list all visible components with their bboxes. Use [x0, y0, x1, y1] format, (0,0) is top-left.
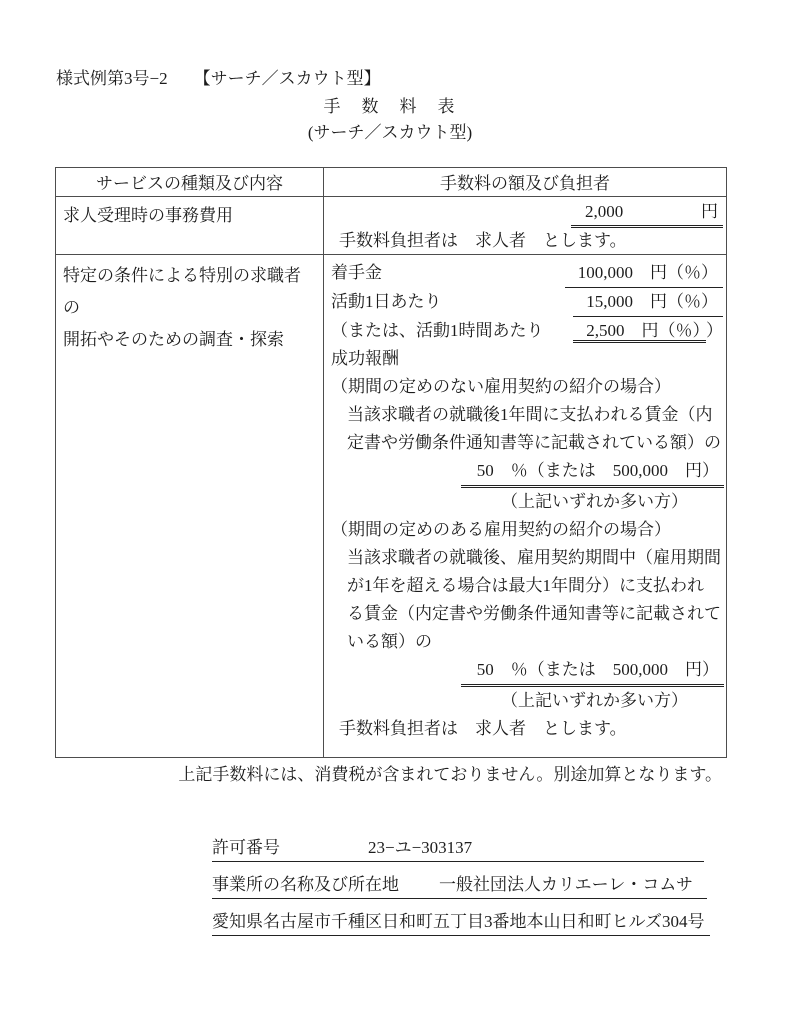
- fee-line-per-hour: （または、活動1時間あたり 2,500 円（％））: [324, 317, 726, 345]
- office-name-label: 事業所の名称及び所在地: [212, 875, 399, 894]
- service-name: 求人受理時の事務費用: [63, 201, 317, 226]
- case1-heading: （期間の定めのない雇用契約の紹介の場合）: [324, 373, 726, 401]
- case2-heading: （期間の定めのある雇用契約の紹介の場合）: [324, 516, 726, 544]
- fee-amount-group: 2,500 円（％））: [573, 317, 723, 345]
- case2-either-note: （上記いずれか多い方）: [324, 687, 726, 715]
- fee-amount: 100,000 円（％）: [565, 259, 723, 288]
- office-address-value: 愛知県名古屋市千種区日和町五丁目3番地本山日和町ヒルズ304号: [212, 912, 705, 931]
- fee-label: 活動1日あたり: [331, 288, 442, 316]
- office-address-row: 愛知県名古屋市千種区日和町五丁目3番地本山日和町ヒルズ304号: [212, 907, 710, 944]
- office-name-underline: 事業所の名称及び所在地一般社団法人カリエーレ・コムサ: [212, 870, 707, 899]
- case2-rate-line: 50 ％（または 500,000 円）: [324, 656, 726, 687]
- table-row-office-expense: 求人受理時の事務費用 2,000 円 手数料負担者は 求人者 とします。: [56, 197, 727, 255]
- service-cell: 求人受理時の事務費用: [56, 197, 324, 255]
- service-cell: 特定の条件による特別の求職者の 開拓やそのための調査・探索: [56, 255, 324, 758]
- fee-amount: 15,000 円（％）: [573, 288, 723, 317]
- case2-body-line3: る賃金（内定書や労働条件通知書等に記載されて: [324, 600, 726, 628]
- case2-body-line4: いる額）の: [324, 628, 726, 656]
- office-name-value: 一般社団法人カリエーレ・コムサ: [439, 875, 693, 894]
- page-title: 手 数 料 表: [55, 92, 725, 117]
- case1-either-note: （上記いずれか多い方）: [324, 488, 726, 516]
- form-number: 様式例第3号−2: [56, 64, 168, 89]
- permit-number-underline: 許可番号23−ユ−303137: [212, 833, 704, 862]
- fee-cell: 着手金 100,000 円（％） 活動1日あたり 15,000 円（％） （また…: [324, 255, 727, 758]
- fee-line-per-day: 活動1日あたり 15,000 円（％）: [324, 288, 726, 317]
- fee-amount: 2,500 円（％）: [573, 321, 706, 343]
- fee-table: サービスの種類及び内容 手数料の額及び負担者 求人受理時の事務費用 2,000 …: [55, 167, 727, 758]
- permit-number-value: 23−ユ−303137: [368, 838, 472, 857]
- closing-paren: ）: [706, 321, 723, 340]
- success-fee-heading: 成功報酬: [324, 345, 726, 373]
- document-page: 様式例第3号−2 【サーチ／スカウト型】 手 数 料 表 (サーチ／スカウト型)…: [0, 0, 806, 1024]
- payer-note: 手数料負担者は 求人者 とします。: [324, 715, 726, 743]
- license-block: 許可番号23−ユ−303137 事業所の名称及び所在地一般社団法人カリエーレ・コ…: [212, 833, 710, 944]
- column-header-service: サービスの種類及び内容: [56, 168, 324, 197]
- fee-line-retainer: 着手金 100,000 円（％）: [324, 259, 726, 288]
- table-row-search-scout: 特定の条件による特別の求職者の 開拓やそのための調査・探索 着手金 100,00…: [56, 255, 727, 758]
- office-name-row: 事業所の名称及び所在地一般社団法人カリエーレ・コムサ: [212, 870, 710, 907]
- payer-note: 手数料負担者は 求人者 とします。: [324, 228, 726, 254]
- column-header-fee: 手数料の額及び負担者: [324, 168, 727, 197]
- rate-underlined: 50 ％（または 500,000 円）: [461, 656, 724, 687]
- amount-unit: 円: [701, 199, 718, 225]
- page-subtitle: (サーチ／スカウト型): [55, 118, 725, 143]
- service-name-line2: 開拓やそのための調査・探索: [63, 324, 317, 356]
- fee-cell: 2,000 円 手数料負担者は 求人者 とします。: [324, 197, 727, 255]
- table-header-row: サービスの種類及び内容 手数料の額及び負担者: [56, 168, 727, 197]
- case2-body-line2: が1年を超える場合は最大1年間分）に支払われ: [324, 572, 726, 600]
- case1-body-line1: 当該求職者の就職後1年間に支払われる賃金（内: [324, 401, 726, 429]
- form-type-label: 【サーチ／スカウト型】: [194, 64, 381, 89]
- rate-underlined: 50 ％（または 500,000 円）: [461, 457, 724, 488]
- amount-underlined: 2,000 円: [571, 199, 723, 228]
- case2-body-line1: 当該求職者の就職後、雇用契約期間中（雇用期間: [324, 544, 726, 572]
- amount-line: 2,000 円: [324, 199, 726, 228]
- amount-value: 2,000: [585, 199, 623, 225]
- fee-label: （または、活動1時間あたり: [331, 317, 544, 345]
- permit-number-row: 許可番号23−ユ−303137: [212, 833, 710, 870]
- case1-rate-line: 50 ％（または 500,000 円）: [324, 457, 726, 488]
- fee-label: 着手金: [331, 259, 382, 287]
- form-number-line: 様式例第3号−2 【サーチ／スカウト型】: [56, 64, 381, 89]
- office-address-underline: 愛知県名古屋市千種区日和町五丁目3番地本山日和町ヒルズ304号: [212, 907, 710, 936]
- service-name-line1: 特定の条件による特別の求職者の: [63, 260, 317, 324]
- case1-body-line2: 定書や労働条件通知書等に記載されている額）の: [324, 429, 726, 457]
- tax-note: 上記手数料には、消費税が含まれておりません。別途加算となります。: [55, 760, 722, 785]
- permit-number-label: 許可番号: [212, 833, 368, 858]
